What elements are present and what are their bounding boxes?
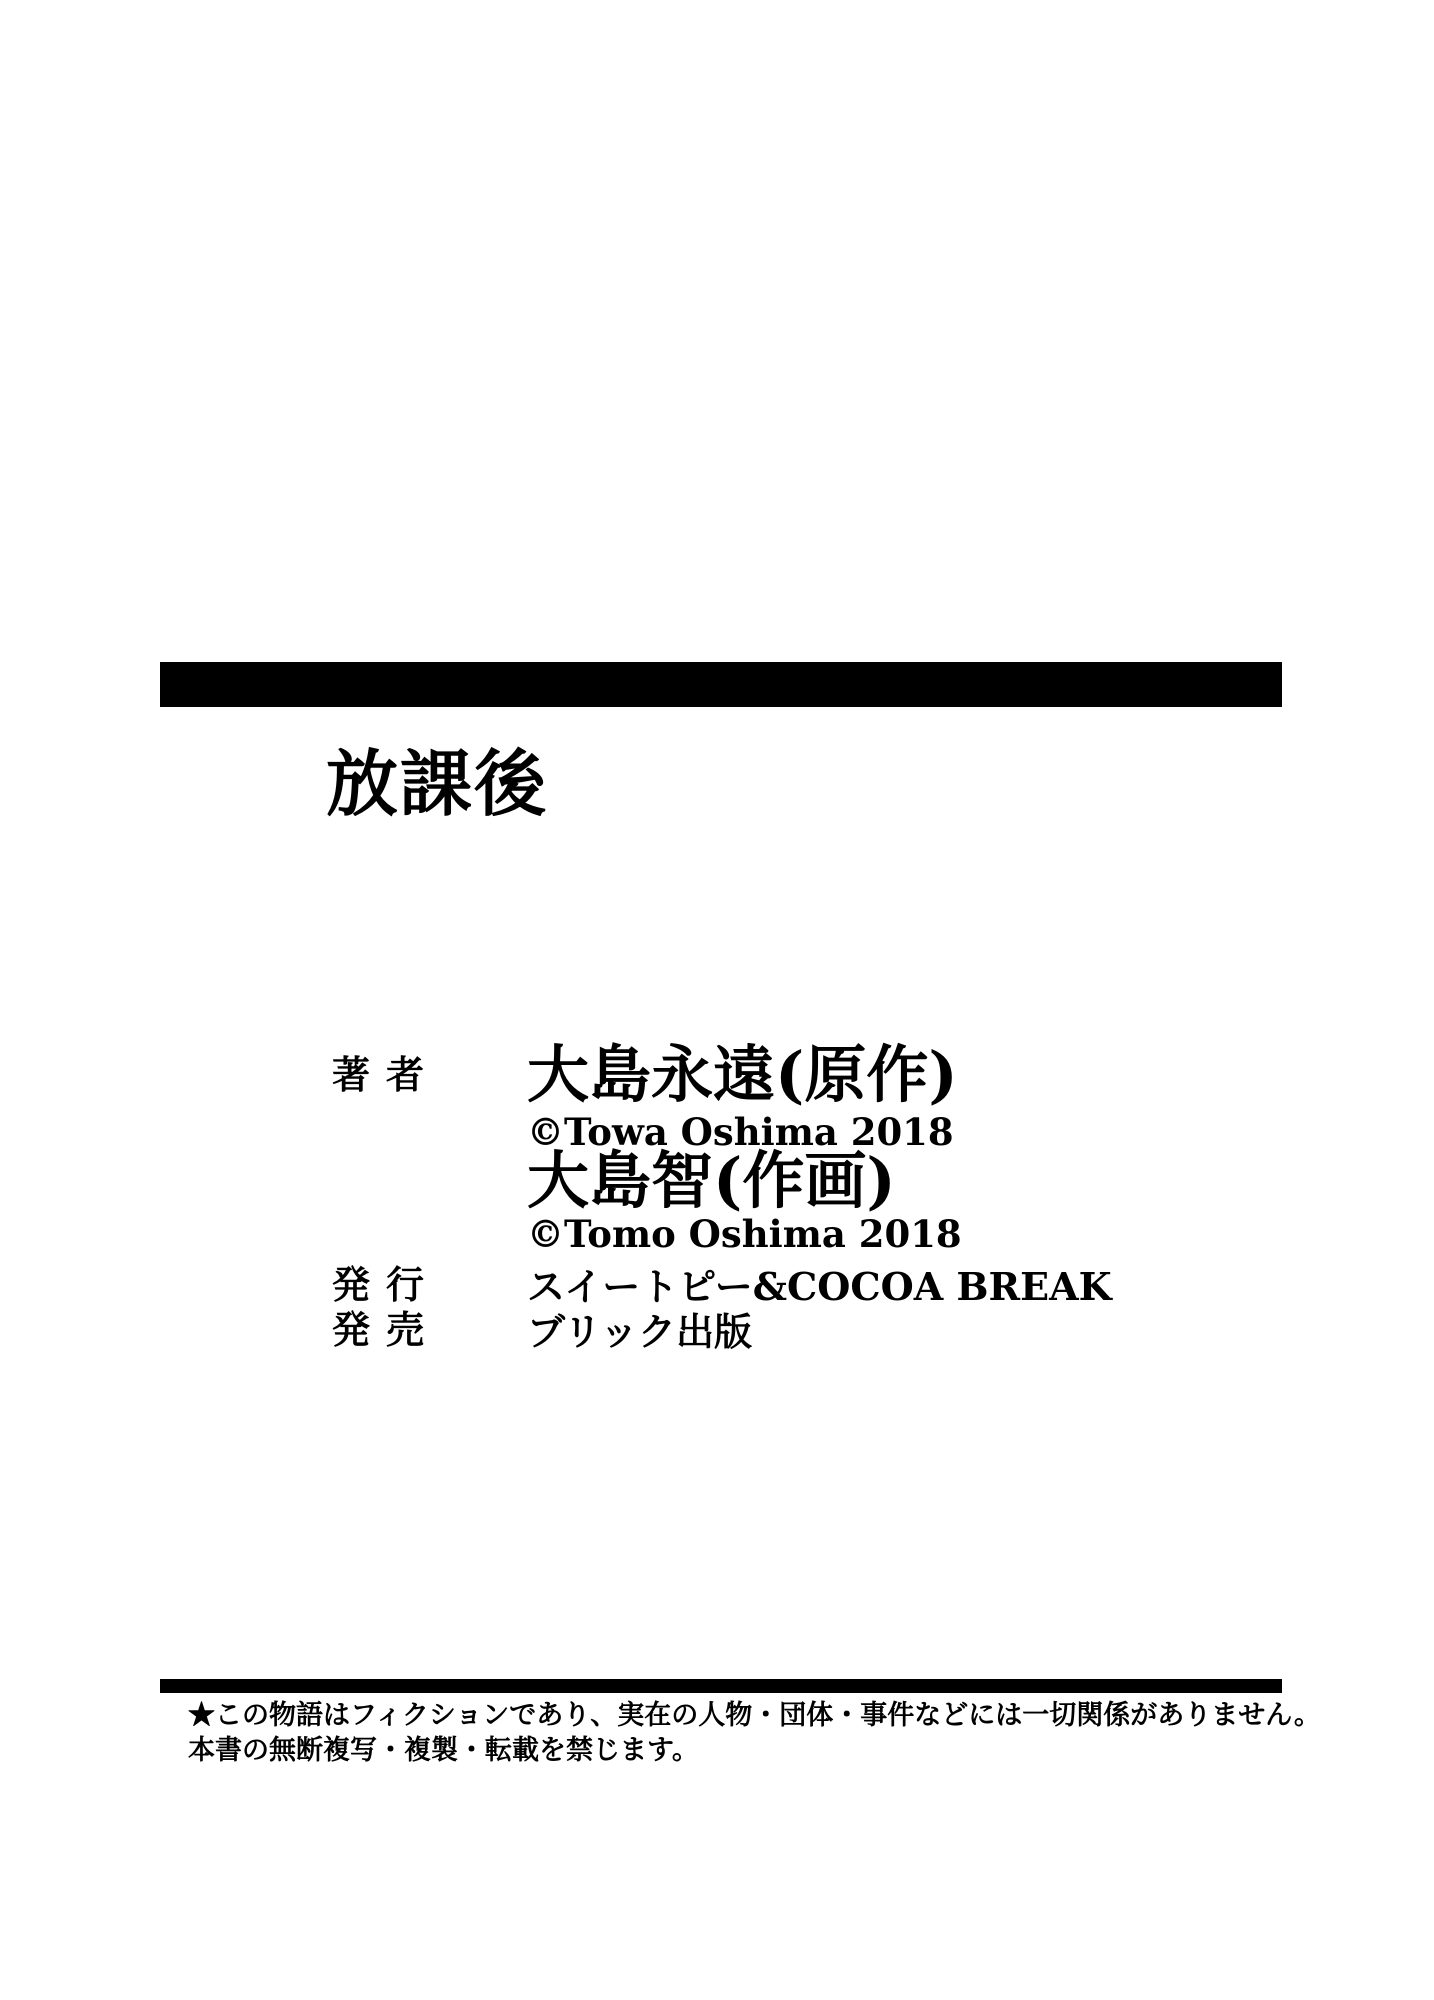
author-name-art: 大島智(作画)	[527, 1150, 896, 1212]
author-label-char-2: 者	[386, 1056, 424, 1094]
author-name-original: 大島永遠(原作)	[527, 1044, 958, 1106]
book-title: 放課後	[326, 748, 548, 820]
publisher-name: スイートピー&COCOA BREAK	[527, 1268, 1112, 1306]
no-reproduction-notice-line: 本書の無断複写・複製・転載を禁じます。	[188, 1737, 699, 1764]
colophon-page: 放課後 著 者 大島永遠(原作) ©Towa Oshima 2018 大島智(作…	[0, 0, 1434, 2000]
distributor-label-char-2: 売	[386, 1311, 424, 1349]
copyright-notice-art: ©Tomo Oshima 2018	[527, 1216, 962, 1253]
top-divider-bar	[160, 662, 1282, 707]
distributor-label: 発 売	[332, 1311, 424, 1349]
publisher-label-char-2: 行	[386, 1266, 424, 1304]
distributor-name: ブリック出版	[527, 1313, 752, 1351]
bottom-divider-bar	[160, 1679, 1282, 1693]
publisher-label-char-1: 発	[332, 1266, 370, 1304]
author-label-char-1: 著	[332, 1056, 370, 1094]
distributor-label-char-1: 発	[332, 1311, 370, 1349]
author-label: 著 者	[332, 1056, 424, 1094]
fiction-disclaimer-line: ★この物語はフィクションであり、実在の人物・団体・事件などには一切関係がありませ…	[188, 1702, 1321, 1729]
publisher-label: 発 行	[332, 1266, 424, 1304]
